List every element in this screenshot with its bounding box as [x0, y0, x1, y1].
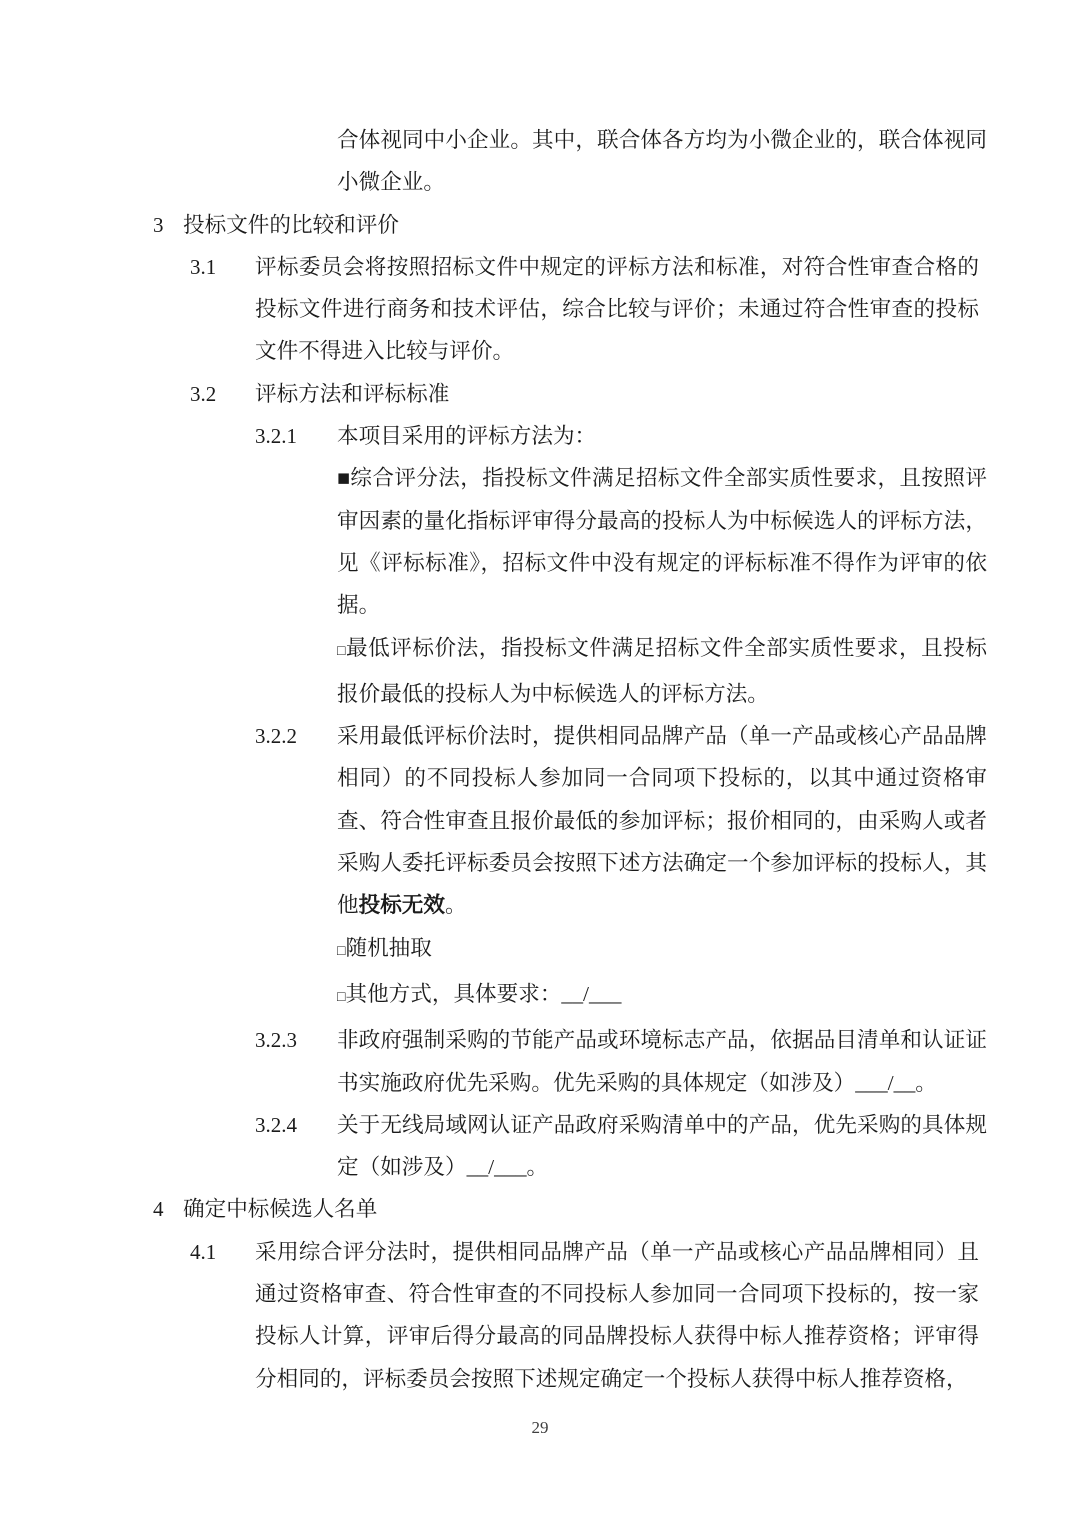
- text-run: 。: [445, 893, 467, 917]
- page-footer: 29: [0, 1418, 1080, 1438]
- paragraph-text: □最低评标价法，指投标文件满足招标文件全部实质性要求，且投标报价最低的投标人为中…: [337, 636, 987, 706]
- paragraph-text: 关于无线局域网认证产品政府采购清单中的产品，优先采购的具体规定（如涉及）__/_…: [337, 1113, 987, 1179]
- bold-text: 投标无效: [359, 893, 445, 917]
- text-run: 投标文件的比较和评价: [183, 213, 399, 237]
- text-run: 采用最低评标价法时，提供相同品牌产品（单一产品或核心产品品牌相同）的不同投标人参…: [337, 724, 987, 917]
- text-run: 综合评分法，指投标文件满足招标文件全部实质性要求，且按照评审因素的量化指标评审得…: [337, 466, 987, 617]
- section-number: 4.1: [190, 1231, 216, 1273]
- section-number: 3.2.2: [255, 715, 297, 757]
- text-run: 本项目采用的评标方法为：: [337, 424, 596, 448]
- section-3.2.4: 3.2.4关于无线局域网认证产品政府采购清单中的产品，优先采购的具体规定（如涉及…: [337, 1104, 987, 1189]
- document-content: 合体视同中小企业。其中，联合体各方均为小微企业的，联合体视同小微企业。3投标文件…: [0, 119, 1080, 1400]
- section-3.2.3: 3.2.3非政府强制采购的节能产品或环境标志产品，依据品目清单和认证证书实施政府…: [337, 1019, 987, 1104]
- text-run: 关于无线局域网认证产品政府采购清单中的产品，优先采购的具体规定（如涉及）__/_…: [337, 1113, 987, 1179]
- text-run: 最低评标价法，指投标文件满足招标文件全部实质性要求，且投标报价最低的投标人为中标…: [337, 636, 987, 706]
- section-number: 3.2.3: [255, 1019, 297, 1061]
- section-number: 4: [153, 1188, 164, 1230]
- section-number: 3.2.4: [255, 1104, 297, 1146]
- paragraph-text: ■综合评分法，指投标文件满足招标文件全部实质性要求，且按照评审因素的量化指标评审…: [337, 466, 987, 617]
- section-number: 3.2: [190, 373, 216, 415]
- text-run: 非政府强制采购的节能产品或环境标志产品，依据品目清单和认证证书实施政府优先采购。…: [337, 1028, 987, 1094]
- paragraph-text: □随机抽取: [337, 936, 432, 960]
- paragraph: ■综合评分法，指投标文件满足招标文件全部实质性要求，且按照评审因素的量化指标评审…: [337, 457, 987, 626]
- section-3.2.2: 3.2.2采用最低评标价法时，提供相同品牌产品（单一产品或核心产品品牌相同）的不…: [337, 715, 987, 926]
- section-number: 3.1: [190, 246, 216, 288]
- section-number: 3.2.1: [255, 415, 297, 457]
- text-run: 评标委员会将按照招标文件中规定的评标方法和标准，对符合性审查合格的投标文件进行商…: [255, 255, 979, 364]
- text-run: 评标方法和评标标准: [255, 382, 449, 406]
- section-number: 3: [153, 204, 164, 246]
- page-number: 29: [532, 1418, 549, 1437]
- paragraph: □随机抽取: [337, 927, 987, 973]
- paragraph: □其他方式，具体要求：__/___: [337, 973, 987, 1019]
- text-run: 采用综合评分法时，提供相同品牌产品（单一产品或核心产品品牌相同）且通过资格审查、…: [255, 1240, 979, 1391]
- paragraph: 合体视同中小企业。其中，联合体各方均为小微企业的，联合体视同小微企业。: [337, 119, 987, 204]
- text-run: 其他方式，具体要求：: [345, 982, 561, 1006]
- text-run: __/___: [561, 982, 621, 1006]
- paragraph-text: 采用综合评分法时，提供相同品牌产品（单一产品或核心产品品牌相同）且通过资格审查、…: [255, 1240, 979, 1391]
- paragraph-text: 评标委员会将按照招标文件中规定的评标方法和标准，对符合性审查合格的投标文件进行商…: [255, 255, 979, 364]
- text-run: 确定中标候选人名单: [183, 1197, 377, 1221]
- document-page: 合体视同中小企业。其中，联合体各方均为小微企业的，联合体视同小微企业。3投标文件…: [0, 0, 1080, 1527]
- paragraph: □最低评标价法，指投标文件满足招标文件全部实质性要求，且投标报价最低的投标人为中…: [337, 627, 987, 716]
- text-run: 合体视同中小企业。其中，联合体各方均为小微企业的，联合体视同小微企业。: [337, 128, 987, 194]
- section-3.1: 3.1评标委员会将按照招标文件中规定的评标方法和标准，对符合性审查合格的投标文件…: [255, 246, 979, 373]
- section-3.2.1: 3.2.1本项目采用的评标方法为：: [337, 415, 987, 457]
- section-3: 3投标文件的比较和评价: [183, 204, 983, 246]
- paragraph-text: 投标文件的比较和评价: [183, 213, 399, 237]
- paragraph-text: 采用最低评标价法时，提供相同品牌产品（单一产品或核心产品品牌相同）的不同投标人参…: [337, 724, 987, 917]
- checkbox-empty-icon: □: [337, 644, 346, 659]
- paragraph-text: □其他方式，具体要求：__/___: [337, 982, 621, 1006]
- checkbox-filled-icon: ■: [337, 466, 350, 490]
- text-run: 随机抽取: [345, 936, 431, 960]
- paragraph-text: 评标方法和评标标准: [255, 382, 449, 406]
- paragraph-text: 确定中标候选人名单: [183, 1197, 377, 1221]
- section-4: 4确定中标候选人名单: [183, 1188, 983, 1230]
- paragraph-text: 本项目采用的评标方法为：: [337, 424, 596, 448]
- paragraph-text: 合体视同中小企业。其中，联合体各方均为小微企业的，联合体视同小微企业。: [337, 128, 987, 194]
- section-4.1: 4.1采用综合评分法时，提供相同品牌产品（单一产品或核心产品品牌相同）且通过资格…: [255, 1231, 979, 1400]
- section-3.2: 3.2评标方法和评标标准: [255, 373, 979, 415]
- paragraph-text: 非政府强制采购的节能产品或环境标志产品，依据品目清单和认证证书实施政府优先采购。…: [337, 1028, 987, 1094]
